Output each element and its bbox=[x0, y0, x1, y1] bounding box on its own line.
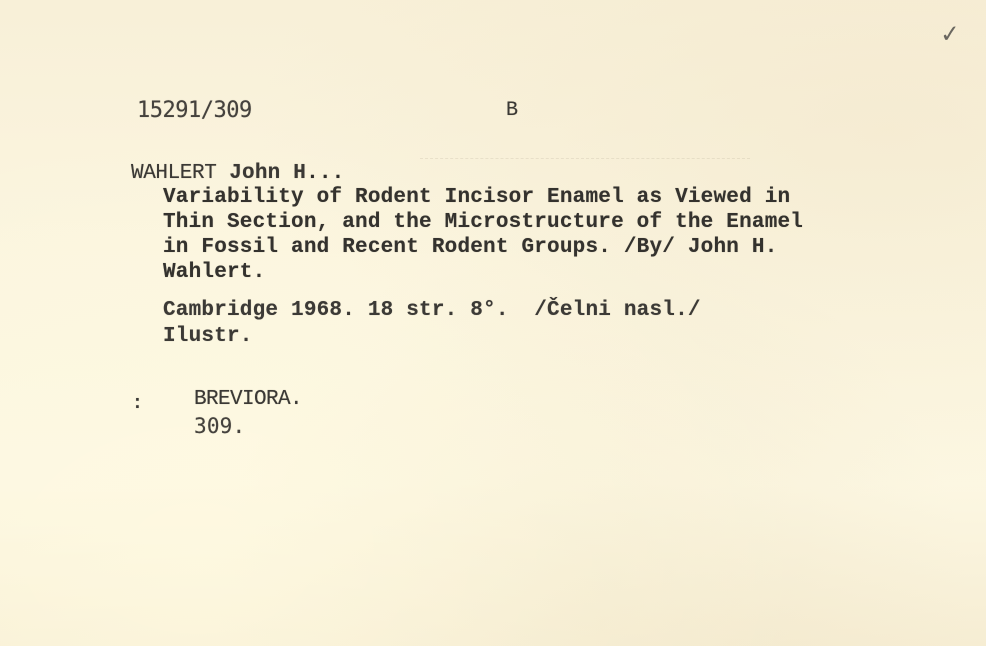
location-code: B bbox=[506, 99, 518, 123]
title-line: Wahlert. bbox=[163, 261, 265, 285]
author-surname: WAHLERT bbox=[131, 162, 216, 185]
author-heading: WAHLERT John H... bbox=[131, 162, 344, 186]
title-line: in Fossil and Recent Rodent Groups. /By/… bbox=[163, 236, 778, 260]
series-marker: : bbox=[132, 392, 143, 416]
imprint-line: Ilustr. bbox=[163, 325, 253, 349]
title-line: Variability of Rodent Incisor Enamel as … bbox=[163, 186, 790, 210]
author-initial: H bbox=[293, 162, 306, 185]
series-number: 309. bbox=[194, 414, 245, 438]
faint-paper-mark bbox=[420, 158, 750, 159]
author-given-name: John bbox=[229, 162, 293, 185]
author-ellipsis: ... bbox=[306, 162, 344, 185]
title-line: Thin Section, and the Microstructure of … bbox=[163, 211, 803, 235]
catalog-card: 15291/309 B ✓ WAHLERT John H... Variabil… bbox=[0, 0, 986, 646]
check-mark-icon: ✓ bbox=[939, 19, 961, 48]
series-name: BREVIORA. bbox=[194, 388, 302, 412]
call-number: 15291/309 bbox=[137, 99, 252, 123]
imprint-line: Cambridge 1968. 18 str. 8°. /Čelni nasl.… bbox=[163, 299, 701, 323]
